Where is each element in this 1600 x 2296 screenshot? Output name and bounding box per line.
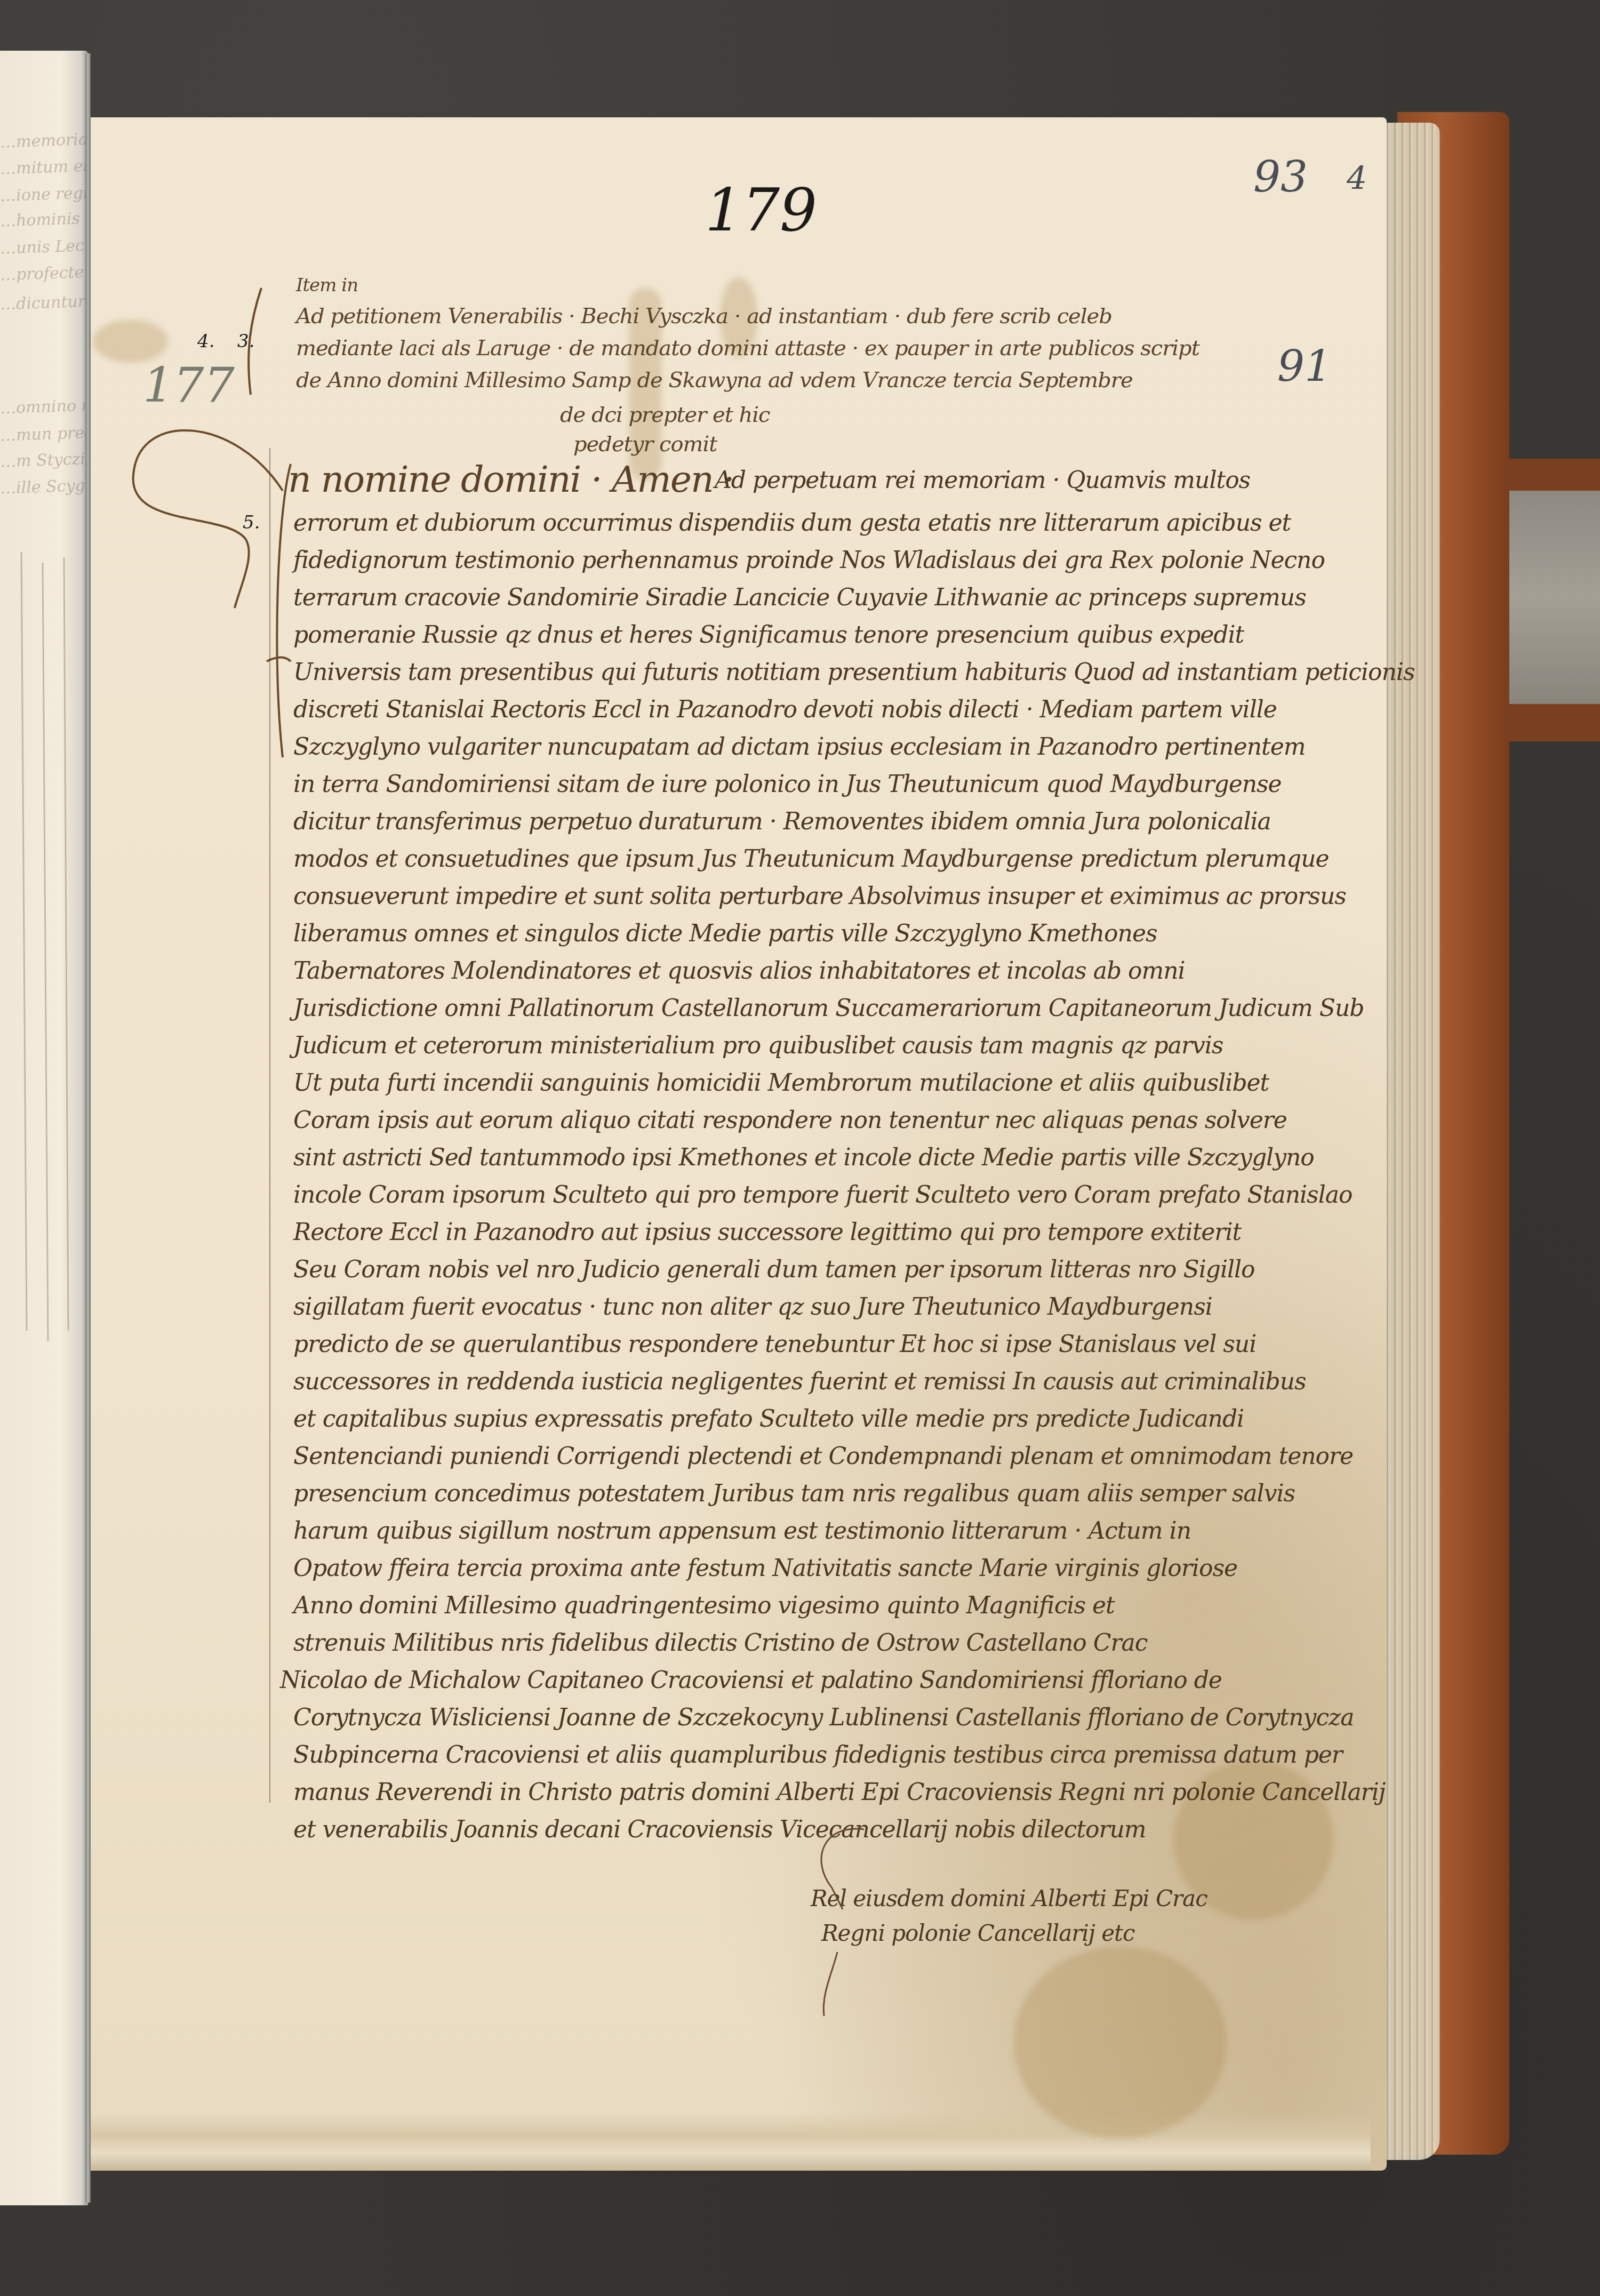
- body-line: Nicolao de Michalow Capitaneo Cracoviens…: [280, 1667, 1222, 1694]
- body-line: Corytnycza Wisliciensi Joanne de Szczeko…: [293, 1704, 1354, 1731]
- body-line: Opatow ffeira tercia proxima ante festum…: [293, 1555, 1237, 1582]
- body-line: Anno domini Millesimo quadringentesimo v…: [293, 1592, 1115, 1619]
- body-line: et capitalibus supius expressatis prefat…: [293, 1405, 1244, 1433]
- left-facing-page: …memoria sncelli …mitum et racid …ione r…: [0, 51, 88, 2205]
- body-line: discreti Stanislai Rectoris Eccl in Paza…: [293, 696, 1277, 723]
- body-line: Szczyglyno vulgariter nuncupatam ad dict…: [293, 733, 1305, 761]
- body-line: incole Coram ipsorum Sculteto qui pro te…: [293, 1181, 1352, 1209]
- body-line: in terra Sandomiriensi sitam de iure pol…: [293, 771, 1282, 798]
- header-note-line: mediante laci als Laruge · de mandato do…: [296, 336, 1199, 361]
- body-line: Sentenciandi puniendi Corrigendi plecten…: [293, 1443, 1353, 1470]
- body-line: successores in reddenda iusticia neglige…: [293, 1368, 1306, 1395]
- body-line: errorum et dubiorum occurrimus dispendii…: [293, 509, 1291, 537]
- foliation-number-pencil: 91: [1277, 341, 1332, 391]
- body-line: consueverunt impedire et sunt solita per…: [293, 883, 1346, 910]
- header-note-line: de Anno domini Millesimo Samp de Skawyna…: [296, 368, 1133, 393]
- body-line: Rectore Eccl in Pazanodro aut ipsius suc…: [293, 1219, 1241, 1246]
- body-line: manus Reverendi in Christo patris domini…: [293, 1779, 1385, 1806]
- water-stain: [1013, 1947, 1227, 2139]
- body-line: strenuis Militibus nris fidelibus dilect…: [293, 1629, 1147, 1657]
- header-note-line: pedetyr comit: [573, 432, 717, 457]
- folio-number-ink: 179: [705, 176, 817, 244]
- body-line: Jurisdictione omni Pallatinorum Castella…: [293, 995, 1364, 1022]
- book-gutter: [85, 53, 91, 2203]
- body-line: terrarum cracovie Sandomirie Siradie Lan…: [293, 584, 1306, 611]
- body-line: et venerabilis Joannis decani Cracoviens…: [293, 1816, 1146, 1843]
- facing-page-marginalia-strokes: [0, 531, 85, 1384]
- body-line: Seu Coram nobis vel nro Judicio generali…: [293, 1256, 1255, 1283]
- binding-clasp-metal: [1509, 491, 1600, 704]
- body-line: Universis tam presentibus qui futuris no…: [293, 659, 1414, 686]
- left-margin-ruling: [269, 448, 270, 1803]
- header-note-line: de dci prepter et hic: [560, 403, 770, 427]
- body-line: presencium concedimus potestatem Juribus…: [293, 1480, 1295, 1507]
- body-line: Subpincerna Cracoviensi et aliis quamplu…: [293, 1741, 1342, 1769]
- body-line: modos et consuetudines que ipsum Jus The…: [293, 845, 1329, 873]
- body-line: sint astricti Sed tantummodo ipsi Kmetho…: [293, 1144, 1314, 1171]
- body-line: Judicum et ceterorum ministerialium pro …: [293, 1032, 1223, 1059]
- body-line: Ut puta furti incendii sanguinis homicid…: [293, 1069, 1269, 1097]
- folio-number-pencil: 93: [1253, 152, 1308, 202]
- body-line: fidedignorum testimonio perhennamus proi…: [293, 547, 1325, 574]
- body-line: Tabernatores Molendinatores et quosvis a…: [293, 957, 1185, 985]
- header-note-line: Item in: [296, 275, 358, 296]
- body-line: Ad perpetuam rei memoriam · Quamvis mult…: [715, 467, 1250, 494]
- body-line: predicto de se querulantibus respondere …: [293, 1331, 1256, 1358]
- facing-page-text: …hominis: [0, 209, 80, 226]
- body-line: harum quibus sigillum nostrum appensum e…: [293, 1517, 1191, 1545]
- folio-number-edge: 4: [1347, 160, 1367, 197]
- header-note-line: Ad petitionem Venerabilis · Bechi Vysczk…: [296, 304, 1112, 329]
- body-line: pomeranie Russie qz dnus et heres Signif…: [293, 621, 1244, 649]
- body-line: dicitur transferimus perpetuo duraturum …: [293, 808, 1271, 835]
- incipit: n nomine domini · Amen ·: [288, 459, 734, 501]
- body-line: liberamus omnes et singulos dicte Medie …: [293, 920, 1157, 947]
- marginal-bracket-flourish: [107, 288, 320, 768]
- body-line: sigillatam fuerit evocatus · tunc non al…: [293, 1293, 1212, 1321]
- body-line: Coram ipsis aut eorum aliquo citati resp…: [293, 1107, 1287, 1134]
- chancery-flourish: [800, 1813, 960, 2027]
